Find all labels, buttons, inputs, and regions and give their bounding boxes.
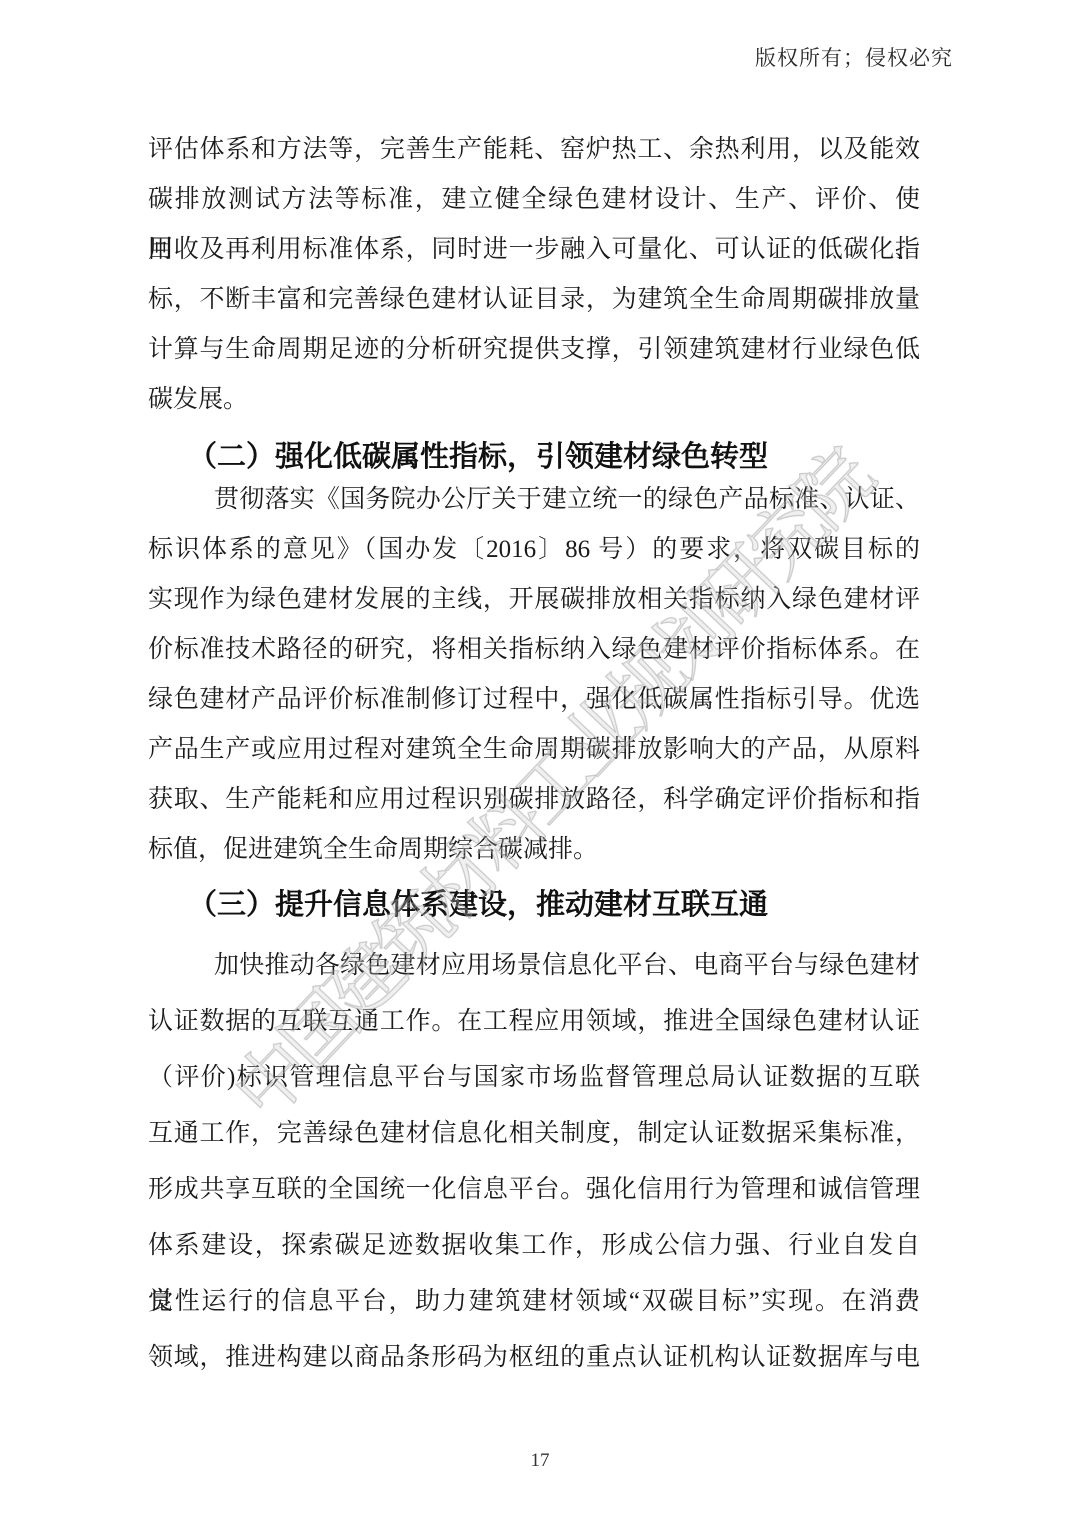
text-line: 贯彻落实《国务院办公厅关于建立统一的绿色产品标准、认证、: [148, 475, 920, 525]
text-line: 获取、生产能耗和应用过程识别碳排放路径，科学确定评价指标和指: [148, 775, 920, 825]
text-line: 标识体系的意见》（国办发〔2016〕86 号）的要求，将双碳目标的: [148, 525, 920, 575]
text-line: 标，不断丰富和完善绿色建材认证目录，为建筑全生命周期碳排放量: [148, 275, 920, 325]
section-heading-2: （二）强化低碳属性指标，引领建材绿色转型: [148, 437, 920, 477]
text-line: 碳发展。: [148, 375, 920, 425]
text-line: 互通工作，完善绿色建材信息化相关制度，制定认证数据采集标准，: [148, 1106, 920, 1162]
text-line: 评估体系和方法等，完善生产能耗、窑炉热工、余热利用，以及能效: [148, 125, 920, 175]
text-line: 良性运行的信息平台，助力建筑建材领域“双碳目标”实现。在消费: [148, 1274, 920, 1330]
text-line: 计算与生命周期足迹的分析研究提供支撑，引领建筑建材行业绿色低: [148, 325, 920, 375]
section-heading-3: （三）提升信息体系建设，推动建材互联互通: [148, 885, 920, 925]
copyright-notice: 版权所有；侵权必究: [755, 42, 953, 72]
text-line: （评价)标识管理信息平台与国家市场监督管理总局认证数据的互联: [148, 1050, 920, 1106]
text-line: 加快推动各绿色建材应用场景信息化平台、电商平台与绿色建材: [148, 938, 920, 994]
document-page: 版权所有；侵权必究 中国建筑材料工业规划研究院 评估体系和方法等，完善生产能耗、…: [0, 0, 1080, 1527]
text-line: 形成共享互联的全国统一化信息平台。强化信用行为管理和诚信管理: [148, 1162, 920, 1218]
paragraph-continuation: 评估体系和方法等，完善生产能耗、窑炉热工、余热利用，以及能效碳排放测试方法等标准…: [148, 125, 920, 425]
text-line: 实现作为绿色建材发展的主线，开展碳排放相关指标纳入绿色建材评: [148, 575, 920, 625]
paragraph-section-2: 贯彻落实《国务院办公厅关于建立统一的绿色产品标准、认证、标识体系的意见》（国办发…: [148, 475, 920, 875]
text-line: 碳排放测试方法等标准，建立健全绿色建材设计、生产、评价、使用、: [148, 175, 920, 225]
text-line: 体系建设，探索碳足迹数据收集工作，形成公信力强、行业自发自觉、: [148, 1218, 920, 1274]
text-line: 认证数据的互联互通工作。在工程应用领域，推进全国绿色建材认证: [148, 994, 920, 1050]
page-number: 17: [0, 1450, 1080, 1472]
text-line: 产品生产或应用过程对建筑全生命周期碳排放影响大的产品，从原料: [148, 725, 920, 775]
text-line: 绿色建材产品评价标准制修订过程中，强化低碳属性指标引导。优选: [148, 675, 920, 725]
text-line: 回收及再利用标准体系，同时进一步融入可量化、可认证的低碳化指: [148, 225, 920, 275]
text-line: 价标准技术路径的研究，将相关指标纳入绿色建材评价指标体系。在: [148, 625, 920, 675]
text-line: 标值，促进建筑全生命周期综合碳减排。: [148, 825, 920, 875]
text-line: 领域，推进构建以商品条形码为枢纽的重点认证机构认证数据库与电: [148, 1330, 920, 1386]
paragraph-section-3: 加快推动各绿色建材应用场景信息化平台、电商平台与绿色建材认证数据的互联互通工作。…: [148, 938, 920, 1386]
